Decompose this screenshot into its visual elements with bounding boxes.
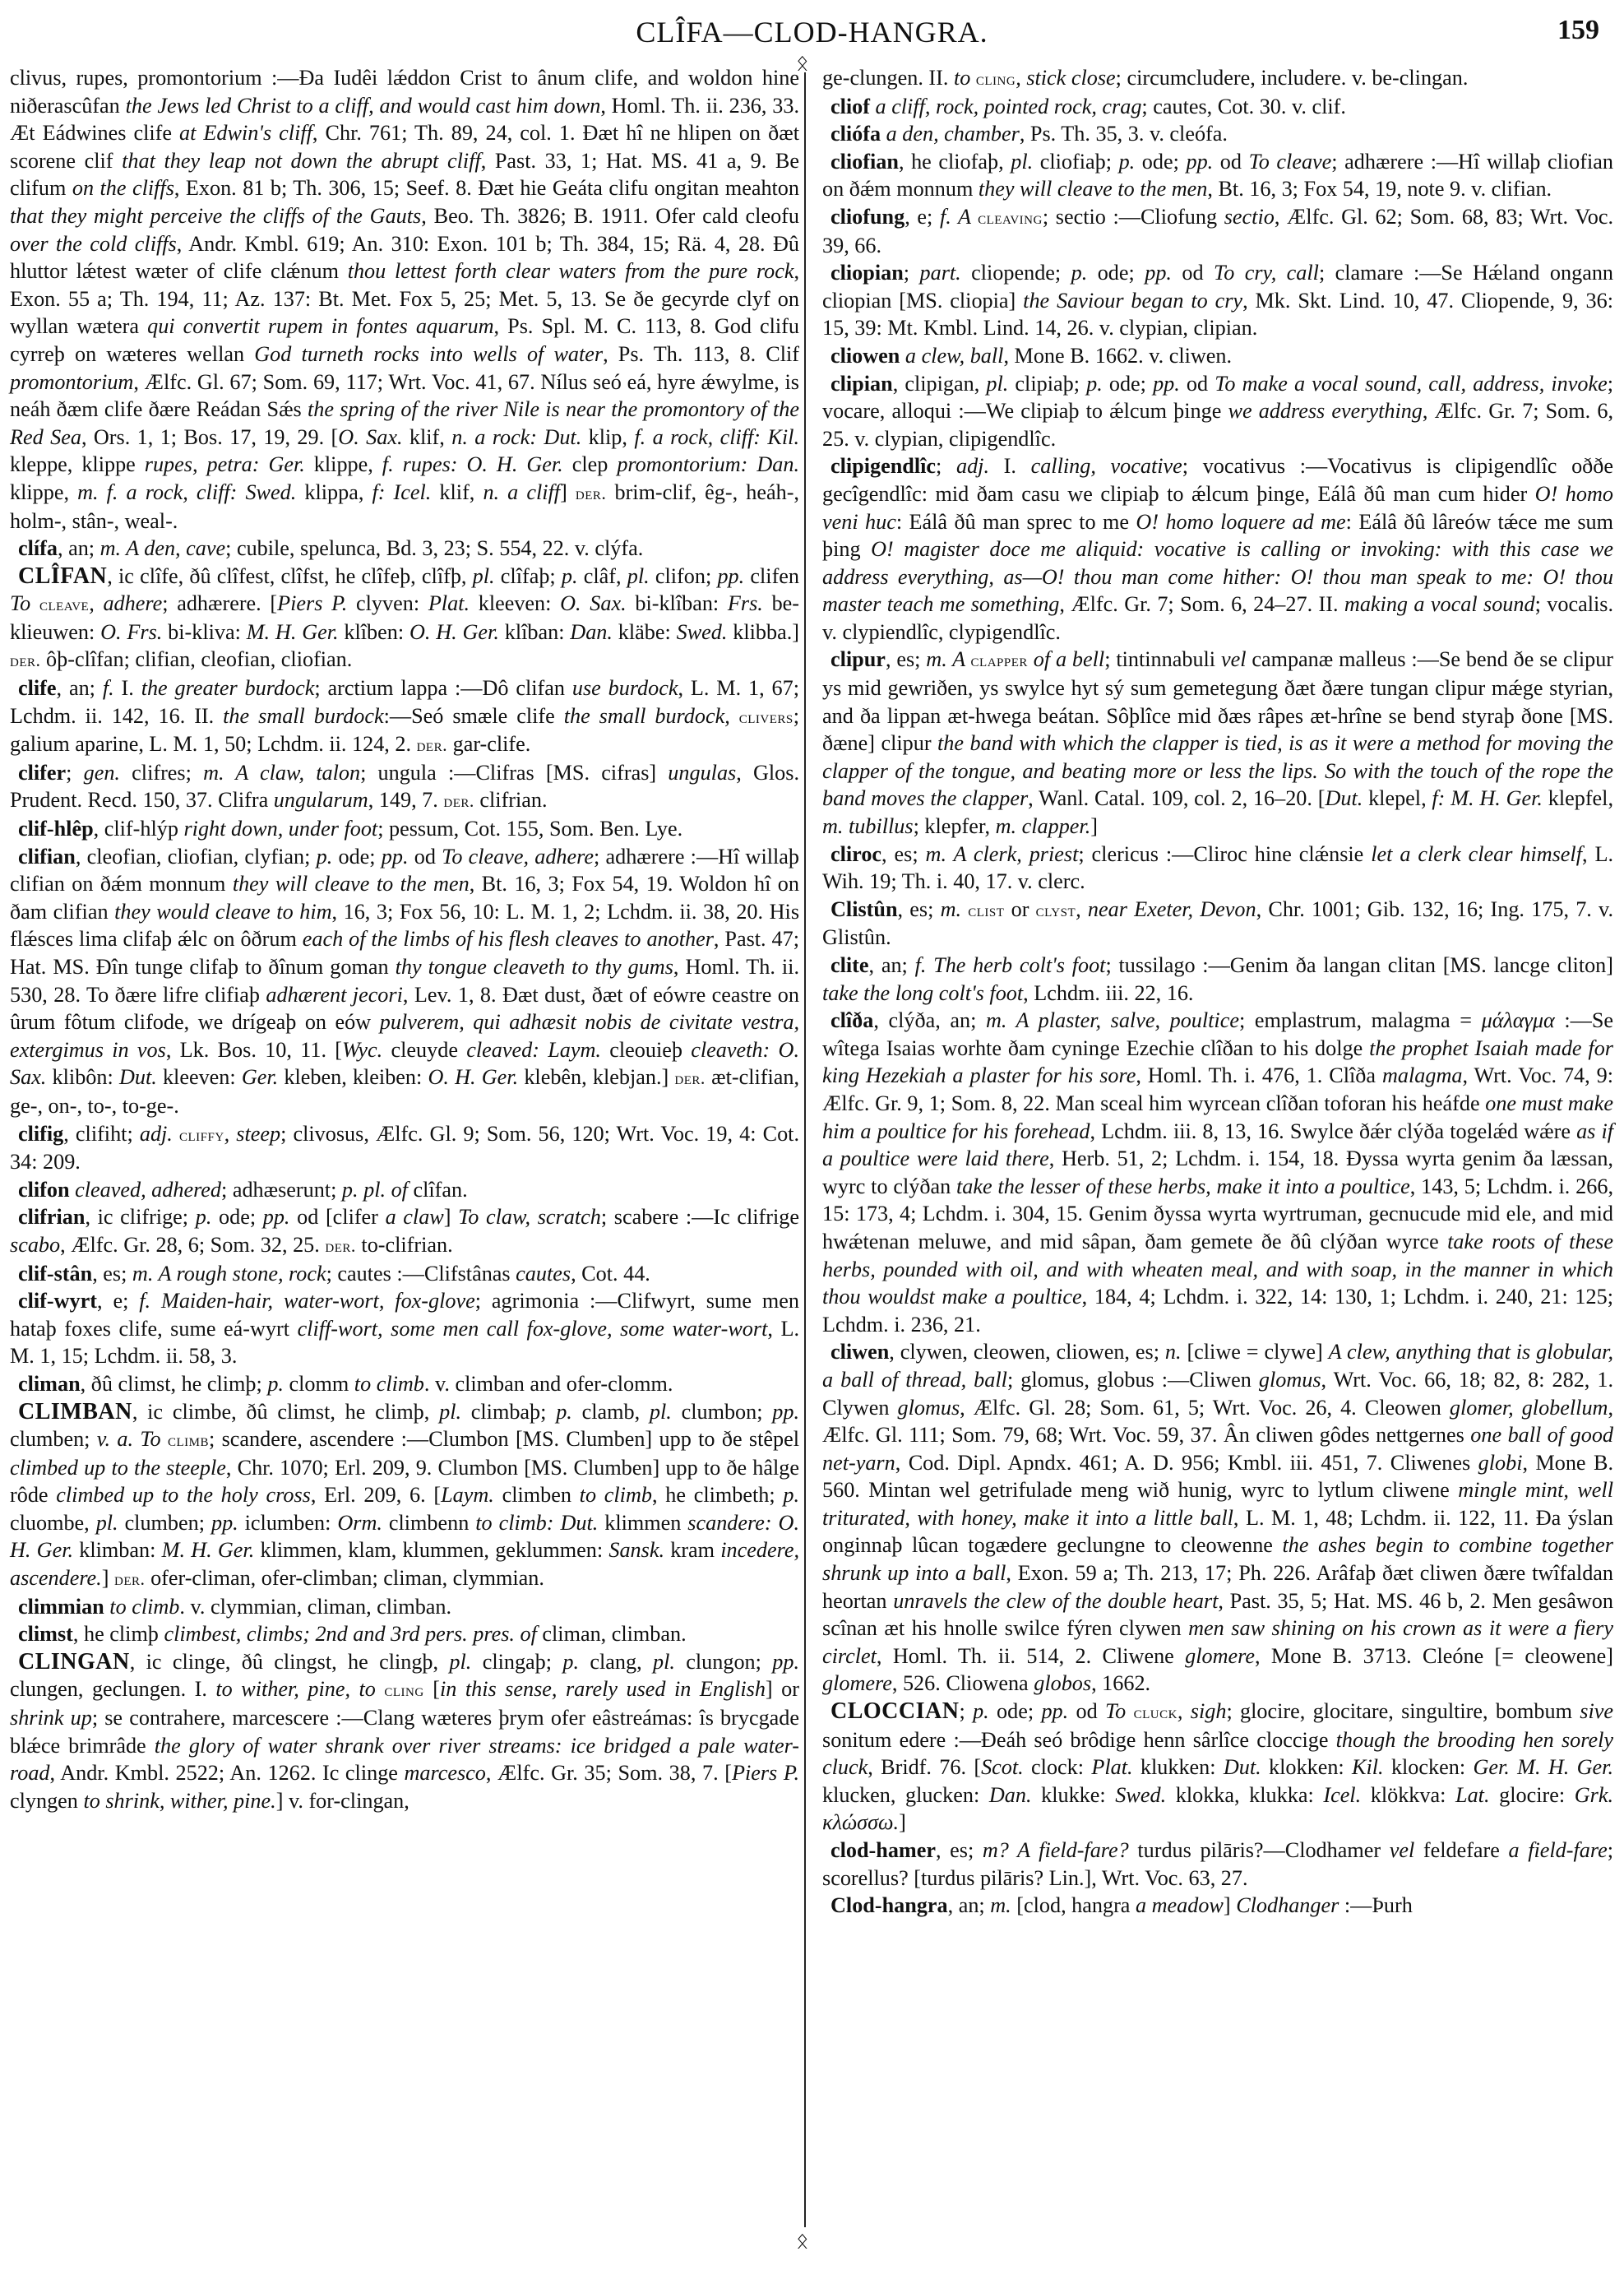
entry-text: a field-fare [1509,1838,1608,1862]
entry-text: we address everything [1228,399,1422,423]
entry-text: pp. [772,1400,799,1424]
entry-text: pp. [717,564,744,588]
entry-text: pp. [1145,261,1172,285]
column-ornament-bottom-icon: ᛟ [796,2231,809,2252]
entry-text: climbenn [382,1511,475,1535]
entry-text: Dut. [1325,786,1363,810]
entry-text: ; cautes :—Clifstânas [326,1262,516,1286]
entry-text: a claw [386,1205,444,1229]
headword: CLÎFAN [18,563,107,589]
entry-text: , es; [881,842,925,866]
entry-text: cluombe, [10,1511,96,1535]
entry-text: that they leap not down the abrupt cliff [122,149,481,173]
dictionary-entry: cliopian; part. cliopende; p. ode; pp. o… [822,259,1613,342]
page-header: CLÎFA—CLOD-HANGRA. 159 [0,15,1624,48]
headword: climst [18,1622,73,1646]
dictionary-entry: cliofung, e; f. A cleaving; sectio :—Cli… [822,203,1613,259]
entry-text: p. [1086,372,1103,396]
entry-text: sonitum edere :—Ðeáh seó brôdige henn sâ… [822,1728,1336,1752]
entry-text: , clýða, an; [873,1008,986,1032]
entry-text: ; [936,454,956,478]
headword: clif-wyrt [18,1289,97,1313]
entry-text: , ic clinge, ðû clingst, he clingþ, [130,1650,450,1674]
entry-text: a den, chamber [886,122,1020,146]
dictionary-entry: cliófa a den, chamber, Ps. Th. 35, 3. v.… [822,120,1613,148]
headword: clipian [831,372,893,396]
dictionary-entry: clifer; gen. clifres; m. A claw, talon; … [10,759,799,815]
entry-text: , Ælfc. Gr. 28, 6; Som. 32, 25. [60,1233,325,1257]
running-head: CLÎFA—CLOD-HANGRA. [0,15,1624,49]
entry-text: ; emplastrum, malagma = [1239,1008,1482,1032]
entry-text: clyngen [10,1789,83,1813]
entry-text: f: Icel. [372,480,431,504]
entry-text: klukke: [1032,1783,1116,1807]
entry-text: , Cot. 44. [571,1262,650,1286]
entry-text: n. a rock: Dut. [451,425,581,449]
entry-text: , Lk. Bos. 10, 11. [ [166,1038,342,1062]
headword: clife [18,676,57,700]
entry-text: making a vocal sound [1344,592,1535,616]
entry-text: clumbon; [672,1400,772,1424]
entry-text: clipiaþ; [1008,372,1086,396]
dictionary-entry: cliwen, clywen, cleowen, cliowen, es; n.… [822,1338,1613,1698]
entry-text: clyven: [347,591,428,615]
entry-text: , ic clifrige; [85,1205,195,1229]
entry-text: cleouieþ [601,1038,691,1062]
entry-text: Clodhanger [1236,1893,1339,1917]
entry-text: over the cold cliffs [10,232,177,256]
entry-text: promontorium [10,370,133,394]
entry-text: kleppe, klippe [10,452,145,476]
entry-text: p. pl. of [342,1178,408,1202]
entry-text: pl. [986,372,1008,396]
entry-text: ode; [1087,261,1145,285]
entry-text: . v. climban and ofer-clomm. [424,1372,673,1396]
dictionary-entry: clod-hamer, es; m? A field-fare? turdus … [822,1837,1613,1892]
dictionary-entry: clifrian, ic clifrige; p. ode; pp. od [c… [10,1203,799,1259]
dictionary-entry: clif-wyrt, e; f. Maiden-hair, water-wort… [10,1287,799,1370]
headword: Clistûn [831,897,898,921]
entry-text: pl. [449,1650,471,1674]
entry-text: bi-kliva: [162,620,246,644]
headword: clifig [18,1122,63,1146]
entry-text: ; clericus :—Cliroc hine clǽnsie [1078,842,1371,866]
headword: clif-stân [18,1262,92,1286]
entry-text: part. [920,261,961,285]
entry-text: m. clapper. [996,814,1091,838]
entry-text: God turneth rocks into wells of water [254,342,603,366]
entry-text: f. a rock, cliff: Kil. [634,425,799,449]
entry-text: Plat. [428,591,470,615]
entry-text: scabo [10,1233,60,1257]
entry-text: p. [196,1205,212,1229]
entry-text: Ger. M. H. Ger. [1473,1755,1613,1779]
entry-text: , he climþ [73,1622,164,1646]
entry-text: od [1172,261,1214,285]
entry-text: cleave [39,594,89,614]
entry-text: m. A rough stone, rock [132,1262,326,1286]
entry-text: O. Sax. [338,425,402,449]
entry-text: od [1068,1699,1105,1723]
headword: clifer [18,761,66,785]
entry-text: clungon; [675,1650,772,1674]
entry-text: clifon; [650,564,718,588]
entry-text: Sansk. [608,1538,664,1562]
entry-text: ; tussilago :—Genim ða langan clitan [MS… [1105,953,1613,977]
entry-text: clomm [284,1372,354,1396]
entry-text: Dan. [570,620,613,644]
entry-text: pp. [1041,1699,1068,1723]
entry-text: cliofiaþ; [1033,150,1118,174]
entry-text: der. [576,483,607,503]
entry-text: climben [494,1483,580,1507]
entry-text: , e; [97,1289,139,1313]
entry-text: cliopende; [961,261,1071,285]
headword: cliofian [831,150,899,174]
entry-text: m. tubillus [822,814,914,838]
entry-text: cliff-wort, some men call fox-glove, som… [298,1317,768,1341]
entry-text: μάλαγμα [1482,1008,1555,1032]
entry-text: to climb: Dut. [475,1511,598,1535]
entry-text: , near Exeter, Devon [1076,897,1256,921]
entry-text: ; glomus, globus :—Cliwen [1007,1368,1259,1392]
entry-text: the small burdock [223,704,384,728]
headword: CLIMBAN [18,1399,132,1425]
entry-text: clist [968,900,1004,920]
dictionary-entry: CLÎFAN, ic clîfe, ðû clîfest, clîfst, he… [10,563,799,674]
entry-text: ; [66,761,83,785]
entry-text: ; [959,1699,973,1723]
entry-text: , clif-hlýp [94,817,184,841]
entry-text: p. [267,1372,284,1396]
entry-text: :—Seó smæle clife [384,704,564,728]
entry-text: , Beo. Th. 3826; B. 1911. Ofer cald cleo… [421,204,799,228]
headword: cliowen [831,344,900,368]
entry-text: Piers P. [732,1761,799,1785]
entry-text: klip, [581,425,634,449]
entry-text: , Ps. Th. 35, 3. v. cleófa. [1020,122,1228,146]
entry-text: p. [973,1699,989,1723]
entry-text: cleuyde [382,1038,466,1062]
entry-text: O! homo loquere ad me [1136,510,1345,534]
entry-text: ode; [1135,150,1186,174]
entry-text: , es; [92,1262,132,1286]
entry-text: , an; [58,536,100,560]
entry-text: I. [989,454,1031,478]
entry-text: Piers P. [277,591,347,615]
entry-text: ; arctium lappa :—Dô clifan [314,676,571,700]
entry-text: cleaved: Laym. [466,1038,601,1062]
entry-text: , cleofian, cliofian, clyfian; [76,845,317,869]
dictionary-entry: cliofian, he cliofaþ, pl. cliofiaþ; p. o… [822,148,1613,203]
entry-text: , he climbeth; [652,1483,783,1507]
entry-text: ofer-climan, ofer-climban; climan, clymm… [146,1566,544,1590]
entry-text: Laym. [441,1483,494,1507]
entry-text: ] or [766,1677,799,1701]
entry-text: , es; [936,1838,983,1862]
headword: clod-hamer [831,1838,936,1862]
dictionary-entry: CLOCCIAN; p. ode; pp. od To cluck, sigh;… [822,1698,1613,1837]
entry-text: clifres; [120,761,203,785]
entry-text: pl. [439,1400,461,1424]
entry-text: kläbe: [613,620,677,644]
entry-text: globi [1478,1451,1523,1475]
dictionary-entry: clipigendlîc; adj. I. calling, vocative;… [822,452,1613,646]
entry-text: klepel, [1363,786,1432,810]
entry-text: To make a vocal sound, call, address, in… [1215,372,1607,396]
entry-text: calling, vocative [1031,454,1182,478]
entry-text: at Edwin's cliff [179,121,312,145]
headword: clîða [831,1008,873,1032]
entry-text: ôþ-clîfan; clifian, cleofian, cliofian. [41,647,353,671]
entry-text: ode; [989,1699,1042,1723]
dictionary-entry: CLIMBAN, ic climbe, ðû climst, he climþ,… [10,1398,799,1593]
dictionary-entry: cliof a cliff, rock, pointed rock, crag;… [822,93,1613,121]
entry-text: , an; [869,953,915,977]
entry-text: ; tintinnabuli [1104,647,1221,671]
dictionary-entry: climst, he climþ climbest, climbs; 2nd a… [10,1620,799,1648]
entry-text: climan, climban. [537,1622,687,1646]
headword: CLOCCIAN [831,1698,959,1724]
entry-text: Orm. [337,1511,382,1535]
entry-text: on the cliffs [72,176,174,200]
entry-text: clock: [1024,1755,1092,1779]
entry-text: klippe, [10,480,77,504]
entry-text: ode; [332,845,382,869]
entry-text: , 1662. [1091,1671,1150,1695]
entry-text: , sigh [1178,1699,1227,1723]
entry-text: cluck [1134,1702,1178,1722]
entry-text: globos [1034,1671,1091,1695]
entry-text: m. A claw, talon [203,761,360,785]
entry-text: ; ungula :—Clifras [MS. cifras] [360,761,668,785]
entry-text: [ [424,1677,440,1701]
entry-text: each of the limbs of his flesh cleaves t… [303,927,714,951]
entry-text: ] [899,1810,906,1834]
entry-text: that they might perceive the cliffs of t… [10,204,421,228]
entry-text: m. f. a rock, cliff: Swed. [77,480,296,504]
entry-text: der. [417,734,448,755]
entry-text: , Bridf. 76. [ [868,1755,981,1779]
entry-text: der. [443,790,474,811]
dictionary-entry: clite, an; f. The herb colt's foot; tuss… [822,952,1613,1007]
entry-text: they will cleave to the men [233,872,470,896]
headword: cliofung [831,205,905,229]
entry-text: , Homl. Th. i. 476, 1. Clîða [1136,1063,1382,1087]
dictionary-entry: climan, ðû climst, he climþ; p. clomm to… [10,1370,799,1398]
entry-text: klukken: [1133,1755,1224,1779]
entry-text: I. [114,676,141,700]
entry-text: clapper [971,650,1028,670]
entry-text: , clifiht; [63,1122,140,1146]
entry-text: p. [783,1483,799,1507]
dictionary-entry: clif-stân, es; m. A rough stone, rock; c… [10,1260,799,1288]
entry-text: pl. [653,1650,675,1674]
entry-text: Dut. [1224,1755,1261,1779]
entry-text: ; sectio :—Cliofung [1043,205,1224,229]
entry-text: ; circumcludere, includere. v. be-clinga… [1116,66,1469,90]
entry-text: climbest, climbs; 2nd and 3rd pers. pres… [164,1622,536,1646]
entry-text: pp. [1186,150,1213,174]
entry-text: clifrian. [474,788,548,812]
entry-text: , 149, 7. [368,788,444,812]
entry-text: ; pessum, Cot. 155, Som. Ben. Lye. [377,817,682,841]
dictionary-entry: clipian, clipigan, pl. clipiaþ; p. ode; … [822,370,1613,453]
entry-text: pl. [627,564,650,588]
entry-text: To cleave, adhere [442,845,594,869]
dictionary-entry: Clod-hangra, an; m. [clod, hangra a mead… [822,1892,1613,1920]
entry-text: ; [904,261,920,285]
entry-text: to climb [109,1595,179,1619]
entry-text: , Mone B. 3713. Cleóne [= cleowene] [1255,1644,1613,1668]
entry-text: , Lchdm. iii. 8, 13, 16. Swylce ðǽr clýð… [1090,1119,1576,1143]
entry-text: climbed up to the steeple [10,1456,226,1480]
entry-text: O. Sax. [560,591,627,615]
entry-text: f. The herb colt's foot [915,953,1106,977]
entry-text: klibôn: [46,1065,119,1089]
entry-text: klocken: [1384,1755,1474,1779]
entry-text: Frs. [728,591,763,615]
entry-text: the Saviour began to cry [1023,289,1242,313]
entry-text: pp. [263,1205,290,1229]
entry-text: right down, under foot [183,817,377,841]
entry-text: , e; [905,205,940,229]
entry-text: . v. clymmian, climan, climban. [179,1595,451,1619]
entry-text: or [1004,897,1035,921]
entry-text: kleeven: [470,591,560,615]
entry-text: pp. [382,845,409,869]
entry-text: pl. [96,1511,118,1535]
entry-text: Dan. [989,1783,1032,1807]
entry-text: vel [1390,1838,1415,1862]
entry-text: ; glocire, glocitare, singultire, bombum [1226,1699,1580,1723]
entry-text: klif, [403,425,452,449]
entry-text: thou lettest forth clear waters from the… [348,259,794,283]
entry-text: klimban: [73,1538,162,1562]
entry-text: let a clerk clear himself [1371,842,1582,866]
entry-text: to climb [354,1372,424,1396]
entry-text: klebên, klebjan.] [518,1065,674,1089]
entry-text: a cliff, rock, pointed rock, crag [876,95,1142,118]
entry-text: , es; [898,897,941,921]
entry-text: klibba.] [727,620,799,644]
headword: cliof [831,95,870,118]
entry-text: od [1180,372,1215,396]
entry-text: f. rupes: O. H. Ger. [382,452,563,476]
entry-text: gar-clife. [447,732,530,756]
entry-text: cleaved, adhered [75,1178,221,1202]
entry-text: O. H. Ger. [409,620,499,644]
entry-text: f. [103,676,114,700]
entry-text: m. [990,1893,1011,1917]
entry-text: bi-klîban: [627,591,728,615]
entry-text: pp. [772,1650,799,1674]
entry-text: klökkva: [1361,1783,1455,1807]
entry-text: :—Þurh [1339,1893,1412,1917]
entry-text: clumben; [10,1427,97,1451]
entry-text: , an; [57,676,103,700]
entry-text: pl. [473,564,495,588]
entry-text: kram [664,1538,720,1562]
entry-text: klokka, klukka: [1166,1783,1323,1807]
entry-text: kleben, kleiben: [278,1065,428,1089]
entry-text: to-clifrian. [356,1233,453,1257]
entry-text: , clipigan, [893,372,987,396]
entry-text: pl. [650,1400,672,1424]
entry-text: they will cleave to the men [979,177,1208,201]
entry-text: glomere [822,1671,892,1695]
entry-text: , Lchdm. iii. 22, 16. [1023,981,1193,1005]
entry-text: Icel. [1323,1783,1361,1807]
entry-text: ode; [211,1205,262,1229]
entry-text: qui convertit rupem in fontes aquarum [147,314,493,338]
entry-text: p. [556,1400,572,1424]
entry-continuation: clivus, rupes, promontorium :—Ða Iudêi l… [10,64,799,535]
dictionary-entry: cliroc, es; m. A clerk, priest; clericus… [822,841,1613,896]
entry-text: m. A plaster, salve, poultice [986,1008,1239,1032]
entry-text: cling [384,1679,423,1700]
entry-text: , es; [886,647,926,671]
entry-text: klippa, [296,480,372,504]
entry-text: m. A [926,647,970,671]
entry-text: , Cod. Dipl. Apndx. 461; A. D. 956; Kmbl… [895,1451,1478,1475]
entry-text: klokken: [1261,1755,1352,1779]
entry-text: , Exon. 81 b; Th. 306, 15; Seef. 8. Ðæt … [174,176,799,200]
dictionary-entry: Clistûn, es; m. clist or clyst, near Exe… [822,896,1613,952]
entry-text: use burdock [572,676,678,700]
entry-text: pp. [211,1511,238,1535]
entry-text: Scot. [981,1755,1024,1779]
entry-text: klippe, [305,452,382,476]
entry-text: clamb, [572,1400,650,1424]
dictionary-entry: clifian, cleofian, cliofian, clyfian; p.… [10,843,799,1120]
entry-text: ] [560,480,576,504]
entry-text: p. [562,564,578,588]
entry-text: cling [976,68,1016,89]
entry-text: , adhere [89,591,162,615]
headword: clif-hlêp [18,817,94,841]
entry-text: of a bell [1028,647,1104,671]
entry-text: glomus [1259,1368,1321,1392]
entry-text: take the long colt's foot [822,981,1023,1005]
entry-text: m. [941,897,969,921]
entry-text: clungen, geclungen. I. [10,1677,215,1701]
entry-text: adj. [140,1122,179,1146]
entry-text: the greater burdock [141,676,315,700]
headword: clipur [831,647,886,671]
entry-text: der. [674,1068,706,1088]
entry-text: unravels the clew of the double heart [893,1589,1218,1613]
entry-text: klîban: [499,620,570,644]
entry-text: clîfan. [408,1178,468,1202]
entry-text: ] [102,1566,114,1590]
entry-text: , 526. Cliowena [892,1671,1034,1695]
entry-text: O. H. Ger. [428,1065,518,1089]
entry-text: klif, [431,480,483,504]
entry-text: To cleave [1249,150,1332,174]
entry-text: od [409,845,442,869]
entry-text: to shrink, wither, pine. [83,1789,275,1813]
entry-text: der. [114,1568,146,1589]
dictionary-entry: clipur, es; m. A clapper of a bell; tint… [822,646,1613,840]
entry-text: vel [1221,647,1247,671]
entry-text: n. a cliff [483,480,560,504]
entry-text: klimmen, klam, klummen, geklummen: [254,1538,608,1562]
entry-text: der. [10,650,41,670]
headword: CLINGAN [18,1649,130,1675]
entry-text: , Mone B. 1662. v. cliwen. [1003,344,1232,368]
entry-text: p. [317,845,333,869]
